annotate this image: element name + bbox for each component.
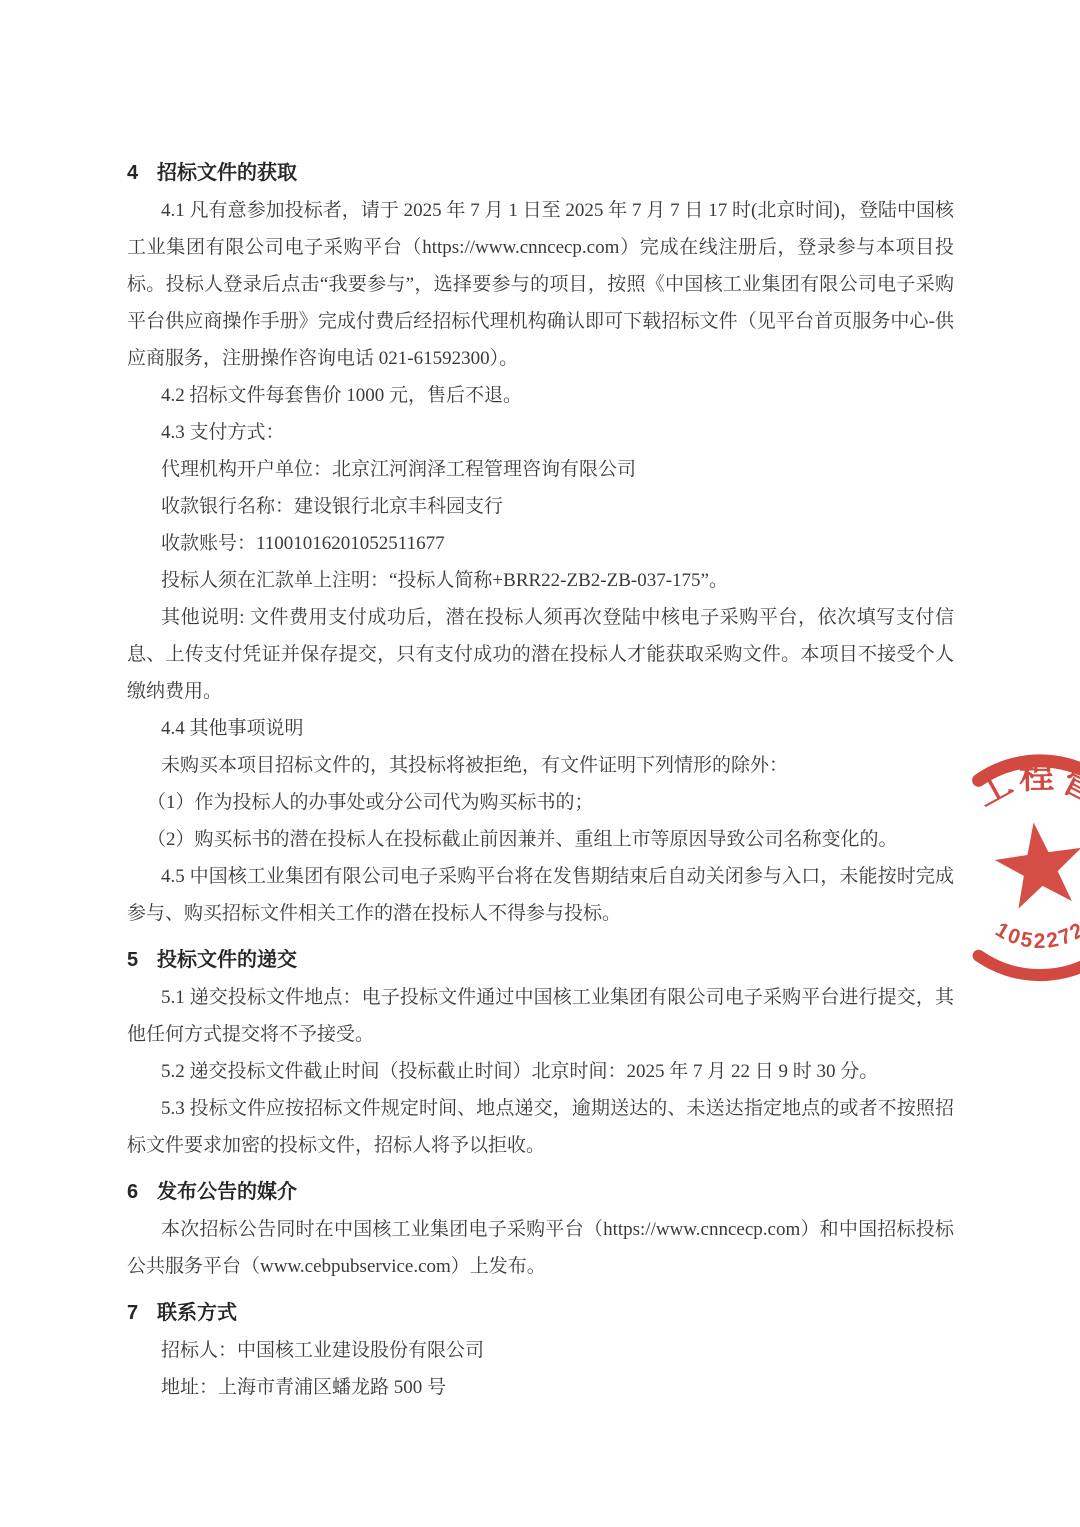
section-heading: 5投标文件的递交 — [127, 942, 954, 979]
section-heading: 4招标文件的获取 — [127, 155, 954, 192]
section-5: 5投标文件的递交 5.1 递交投标文件地点：电子投标文件通过中国核工业集团有限公… — [127, 942, 954, 1164]
section-heading: 7联系方式 — [127, 1295, 954, 1332]
paragraph: 4.3 支付方式： — [127, 414, 954, 451]
section-title: 招标文件的获取 — [157, 162, 297, 184]
paragraph: 收款账号：11001016201052511677 — [127, 525, 954, 562]
section-title: 发布公告的媒介 — [157, 1181, 297, 1203]
paragraph: 4.1 凡有意参加投标者，请于 2025 年 7 月 1 日至 2025 年 7… — [127, 192, 954, 377]
section-6: 6发布公告的媒介 本次招标公告同时在中国核工业集团电子采购平台（https://… — [127, 1174, 954, 1285]
paragraph: 未购买本项目招标文件的，其投标将被拒绝，有文件证明下列情形的除外： — [127, 747, 954, 784]
seal-star-icon — [990, 816, 1080, 911]
section-title: 投标文件的递交 — [157, 949, 297, 971]
paragraph: 招标人：中国核工业建设股份有限公司 — [127, 1332, 954, 1369]
section-title: 联系方式 — [157, 1302, 237, 1324]
section-heading: 6发布公告的媒介 — [127, 1174, 954, 1211]
paragraph: 收款银行名称：建设银行北京丰科园支行 — [127, 488, 954, 525]
paragraph: 投标人须在汇款单上注明：“投标人简称+BRR22-ZB2-ZB-037-175”… — [127, 562, 954, 599]
section-7: 7联系方式 招标人：中国核工业建设股份有限公司 地址：上海市青浦区蟠龙路 500… — [127, 1295, 954, 1406]
list-item: （1）作为投标人的办事处或分公司代为购买标书的； — [127, 784, 954, 821]
paragraph: 4.2 招标文件每套售价 1000 元，售后不退。 — [127, 377, 954, 414]
seal-border-bottom-arc — [979, 956, 1080, 975]
list-item: （2）购买标书的潜在投标人在投标截止前因兼并、重组上市等原因导致公司名称变化的。 — [127, 821, 954, 858]
paragraph: 4.5 中国核工业集团有限公司电子采购平台将在发售期结束后自动关闭参与入口，未能… — [127, 858, 954, 932]
paragraph: 代理机构开户单位：北京江河润泽工程管理咨询有限公司 — [127, 451, 954, 488]
document-page: 4招标文件的获取 4.1 凡有意参加投标者，请于 2025 年 7 月 1 日至… — [0, 0, 1080, 1527]
paragraph: 5.2 递交投标文件截止时间（投标截止时间）北京时间：2025 年 7 月 22… — [127, 1053, 954, 1090]
section-4: 4招标文件的获取 4.1 凡有意参加投标者，请于 2025 年 7 月 1 日至… — [127, 155, 954, 932]
section-number: 7 — [127, 1295, 157, 1332]
section-number: 6 — [127, 1174, 157, 1211]
section-number: 4 — [127, 155, 157, 192]
company-seal-stamp: 工程管理 10522721 — [925, 753, 1080, 983]
paragraph: 本次招标公告同时在中国核工业集团电子采购平台（https://www.cnnce… — [127, 1211, 954, 1285]
paragraph: 其他说明: 文件费用支付成功后，潜在投标人须再次登陆中核电子采购平台，依次填写支… — [127, 599, 954, 710]
paragraph: 地址：上海市青浦区蟠龙路 500 号 — [127, 1369, 954, 1406]
section-number: 5 — [127, 942, 157, 979]
document-content: 4招标文件的获取 4.1 凡有意参加投标者，请于 2025 年 7 月 1 日至… — [127, 155, 954, 1406]
paragraph: 5.1 递交投标文件地点：电子投标文件通过中国核工业集团有限公司电子采购平台进行… — [127, 979, 954, 1053]
paragraph: 5.3 投标文件应按招标文件规定时间、地点递交，逾期送达的、未送达指定地点的或者… — [127, 1090, 954, 1164]
paragraph: 4.4 其他事项说明 — [127, 710, 954, 747]
